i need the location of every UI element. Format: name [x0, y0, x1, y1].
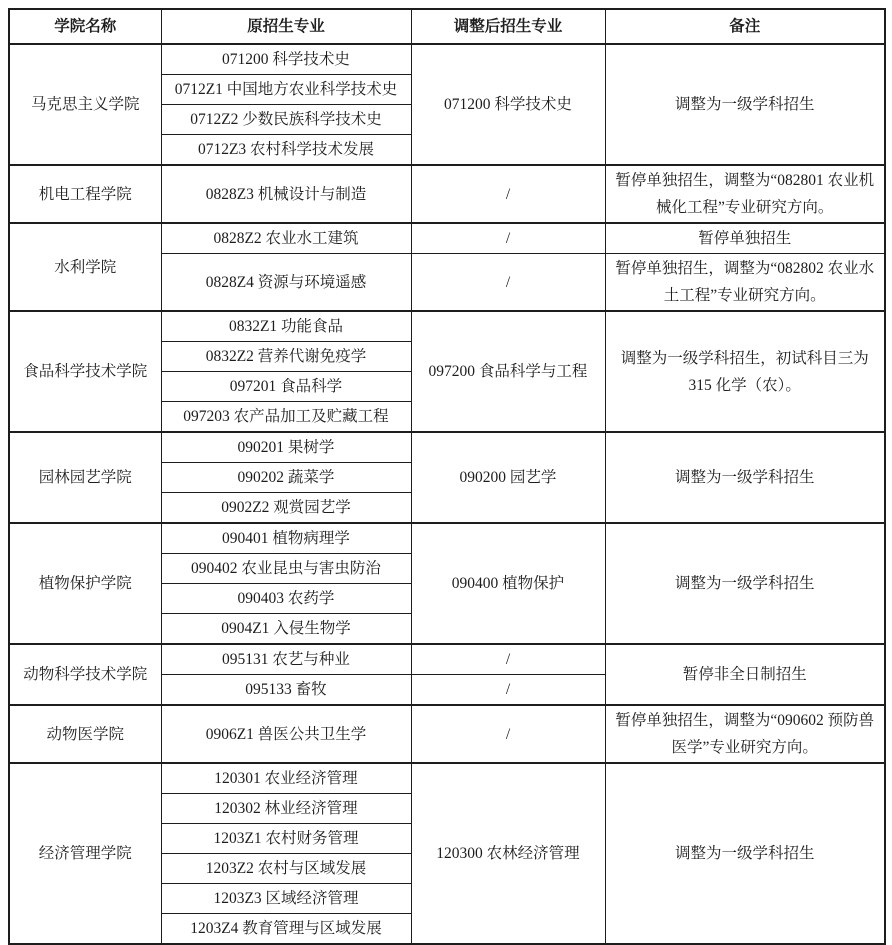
adjusted-major-cell: 090200 园艺学: [411, 432, 605, 523]
adjusted-major-cell: /: [411, 254, 605, 312]
college-cell: 植物保护学院: [9, 523, 161, 644]
original-major-cell: 0904Z1 入侵生物学: [161, 614, 411, 645]
remark-cell: 暂停单独招生，调整为“082801 农业机械化工程”专业研究方向。: [605, 165, 885, 223]
college-cell: 园林园艺学院: [9, 432, 161, 523]
original-major-cell: 090401 植物病理学: [161, 523, 411, 554]
original-major-cell: 120302 林业经济管理: [161, 794, 411, 824]
college-cell: 水利学院: [9, 223, 161, 311]
header-row: 学院名称 原招生专业 调整后招生专业 备注: [9, 9, 885, 44]
table-row: 动物医学院 0906Z1 兽医公共卫生学 / 暂停单独招生，调整为“090602…: [9, 705, 885, 763]
remark-cell: 调整为一级学科招生，初试科目三为 315 化学（农）。: [605, 311, 885, 432]
original-major-cell: 090202 蔬菜学: [161, 463, 411, 493]
original-major-cell: 1203Z3 区域经济管理: [161, 884, 411, 914]
original-major-cell: 090403 农药学: [161, 584, 411, 614]
header-college: 学院名称: [9, 9, 161, 44]
original-major-cell: 0712Z2 少数民族科学技术史: [161, 105, 411, 135]
original-major-cell: 0832Z1 功能食品: [161, 311, 411, 342]
adjusted-major-cell: 071200 科学技术史: [411, 44, 605, 165]
header-original-major: 原招生专业: [161, 9, 411, 44]
original-major-cell: 1203Z1 农村财务管理: [161, 824, 411, 854]
remark-cell: 暂停单独招生，调整为“082802 农业水土工程”专业研究方向。: [605, 254, 885, 312]
document-page: 学院名称 原招生专业 调整后招生专业 备注 马克思主义学院 071200 科学技…: [0, 0, 892, 945]
table-row: 马克思主义学院 071200 科学技术史 071200 科学技术史 调整为一级学…: [9, 44, 885, 75]
adjusted-major-cell: /: [411, 675, 605, 706]
remark-cell: 调整为一级学科招生: [605, 44, 885, 165]
original-major-cell: 0828Z4 资源与环境遥感: [161, 254, 411, 312]
college-cell: 经济管理学院: [9, 763, 161, 944]
table-row: 经济管理学院 120301 农业经济管理 120300 农林经济管理 调整为一级…: [9, 763, 885, 794]
original-major-cell: 1203Z4 教育管理与区域发展: [161, 914, 411, 945]
remark-cell: 暂停单独招生，调整为“090602 预防兽医学”专业研究方向。: [605, 705, 885, 763]
college-cell: 动物医学院: [9, 705, 161, 763]
remark-cell: 暂停非全日制招生: [605, 644, 885, 705]
original-major-cell: 095133 畜牧: [161, 675, 411, 706]
remark-cell: 调整为一级学科招生: [605, 763, 885, 944]
adjusted-major-cell: 097200 食品科学与工程: [411, 311, 605, 432]
original-major-cell: 0828Z2 农业水工建筑: [161, 223, 411, 254]
college-cell: 动物科学技术学院: [9, 644, 161, 705]
remark-cell: 调整为一级学科招生: [605, 432, 885, 523]
college-cell: 食品科学技术学院: [9, 311, 161, 432]
remark-cell: 暂停单独招生: [605, 223, 885, 254]
header-remark: 备注: [605, 9, 885, 44]
college-cell: 马克思主义学院: [9, 44, 161, 165]
adjusted-major-cell: 120300 农林经济管理: [411, 763, 605, 944]
table-row: 食品科学技术学院 0832Z1 功能食品 097200 食品科学与工程 调整为一…: [9, 311, 885, 342]
original-major-cell: 0712Z1 中国地方农业科学技术史: [161, 75, 411, 105]
college-cell: 机电工程学院: [9, 165, 161, 223]
header-adjusted-major: 调整后招生专业: [411, 9, 605, 44]
original-major-cell: 097203 农产品加工及贮藏工程: [161, 402, 411, 433]
original-major-cell: 090402 农业昆虫与害虫防治: [161, 554, 411, 584]
adjusted-major-cell: /: [411, 223, 605, 254]
adjusted-major-cell: /: [411, 705, 605, 763]
original-major-cell: 097201 食品科学: [161, 372, 411, 402]
adjusted-major-cell: /: [411, 644, 605, 675]
original-major-cell: 071200 科学技术史: [161, 44, 411, 75]
table-row: 植物保护学院 090401 植物病理学 090400 植物保护 调整为一级学科招…: [9, 523, 885, 554]
program-adjustment-table: 学院名称 原招生专业 调整后招生专业 备注 马克思主义学院 071200 科学技…: [8, 8, 886, 945]
table-row: 机电工程学院 0828Z3 机械设计与制造 / 暂停单独招生，调整为“08280…: [9, 165, 885, 223]
table-row: 园林园艺学院 090201 果树学 090200 园艺学 调整为一级学科招生: [9, 432, 885, 463]
table-row: 水利学院 0828Z2 农业水工建筑 / 暂停单独招生: [9, 223, 885, 254]
original-major-cell: 095131 农艺与种业: [161, 644, 411, 675]
original-major-cell: 120301 农业经济管理: [161, 763, 411, 794]
original-major-cell: 090201 果树学: [161, 432, 411, 463]
adjusted-major-cell: /: [411, 165, 605, 223]
table-row: 动物科学技术学院 095131 农艺与种业 / 暂停非全日制招生: [9, 644, 885, 675]
original-major-cell: 0712Z3 农村科学技术发展: [161, 135, 411, 166]
original-major-cell: 0906Z1 兽医公共卫生学: [161, 705, 411, 763]
original-major-cell: 1203Z2 农村与区域发展: [161, 854, 411, 884]
remark-cell: 调整为一级学科招生: [605, 523, 885, 644]
original-major-cell: 0832Z2 营养代谢免疫学: [161, 342, 411, 372]
adjusted-major-cell: 090400 植物保护: [411, 523, 605, 644]
original-major-cell: 0902Z2 观赏园艺学: [161, 493, 411, 524]
original-major-cell: 0828Z3 机械设计与制造: [161, 165, 411, 223]
